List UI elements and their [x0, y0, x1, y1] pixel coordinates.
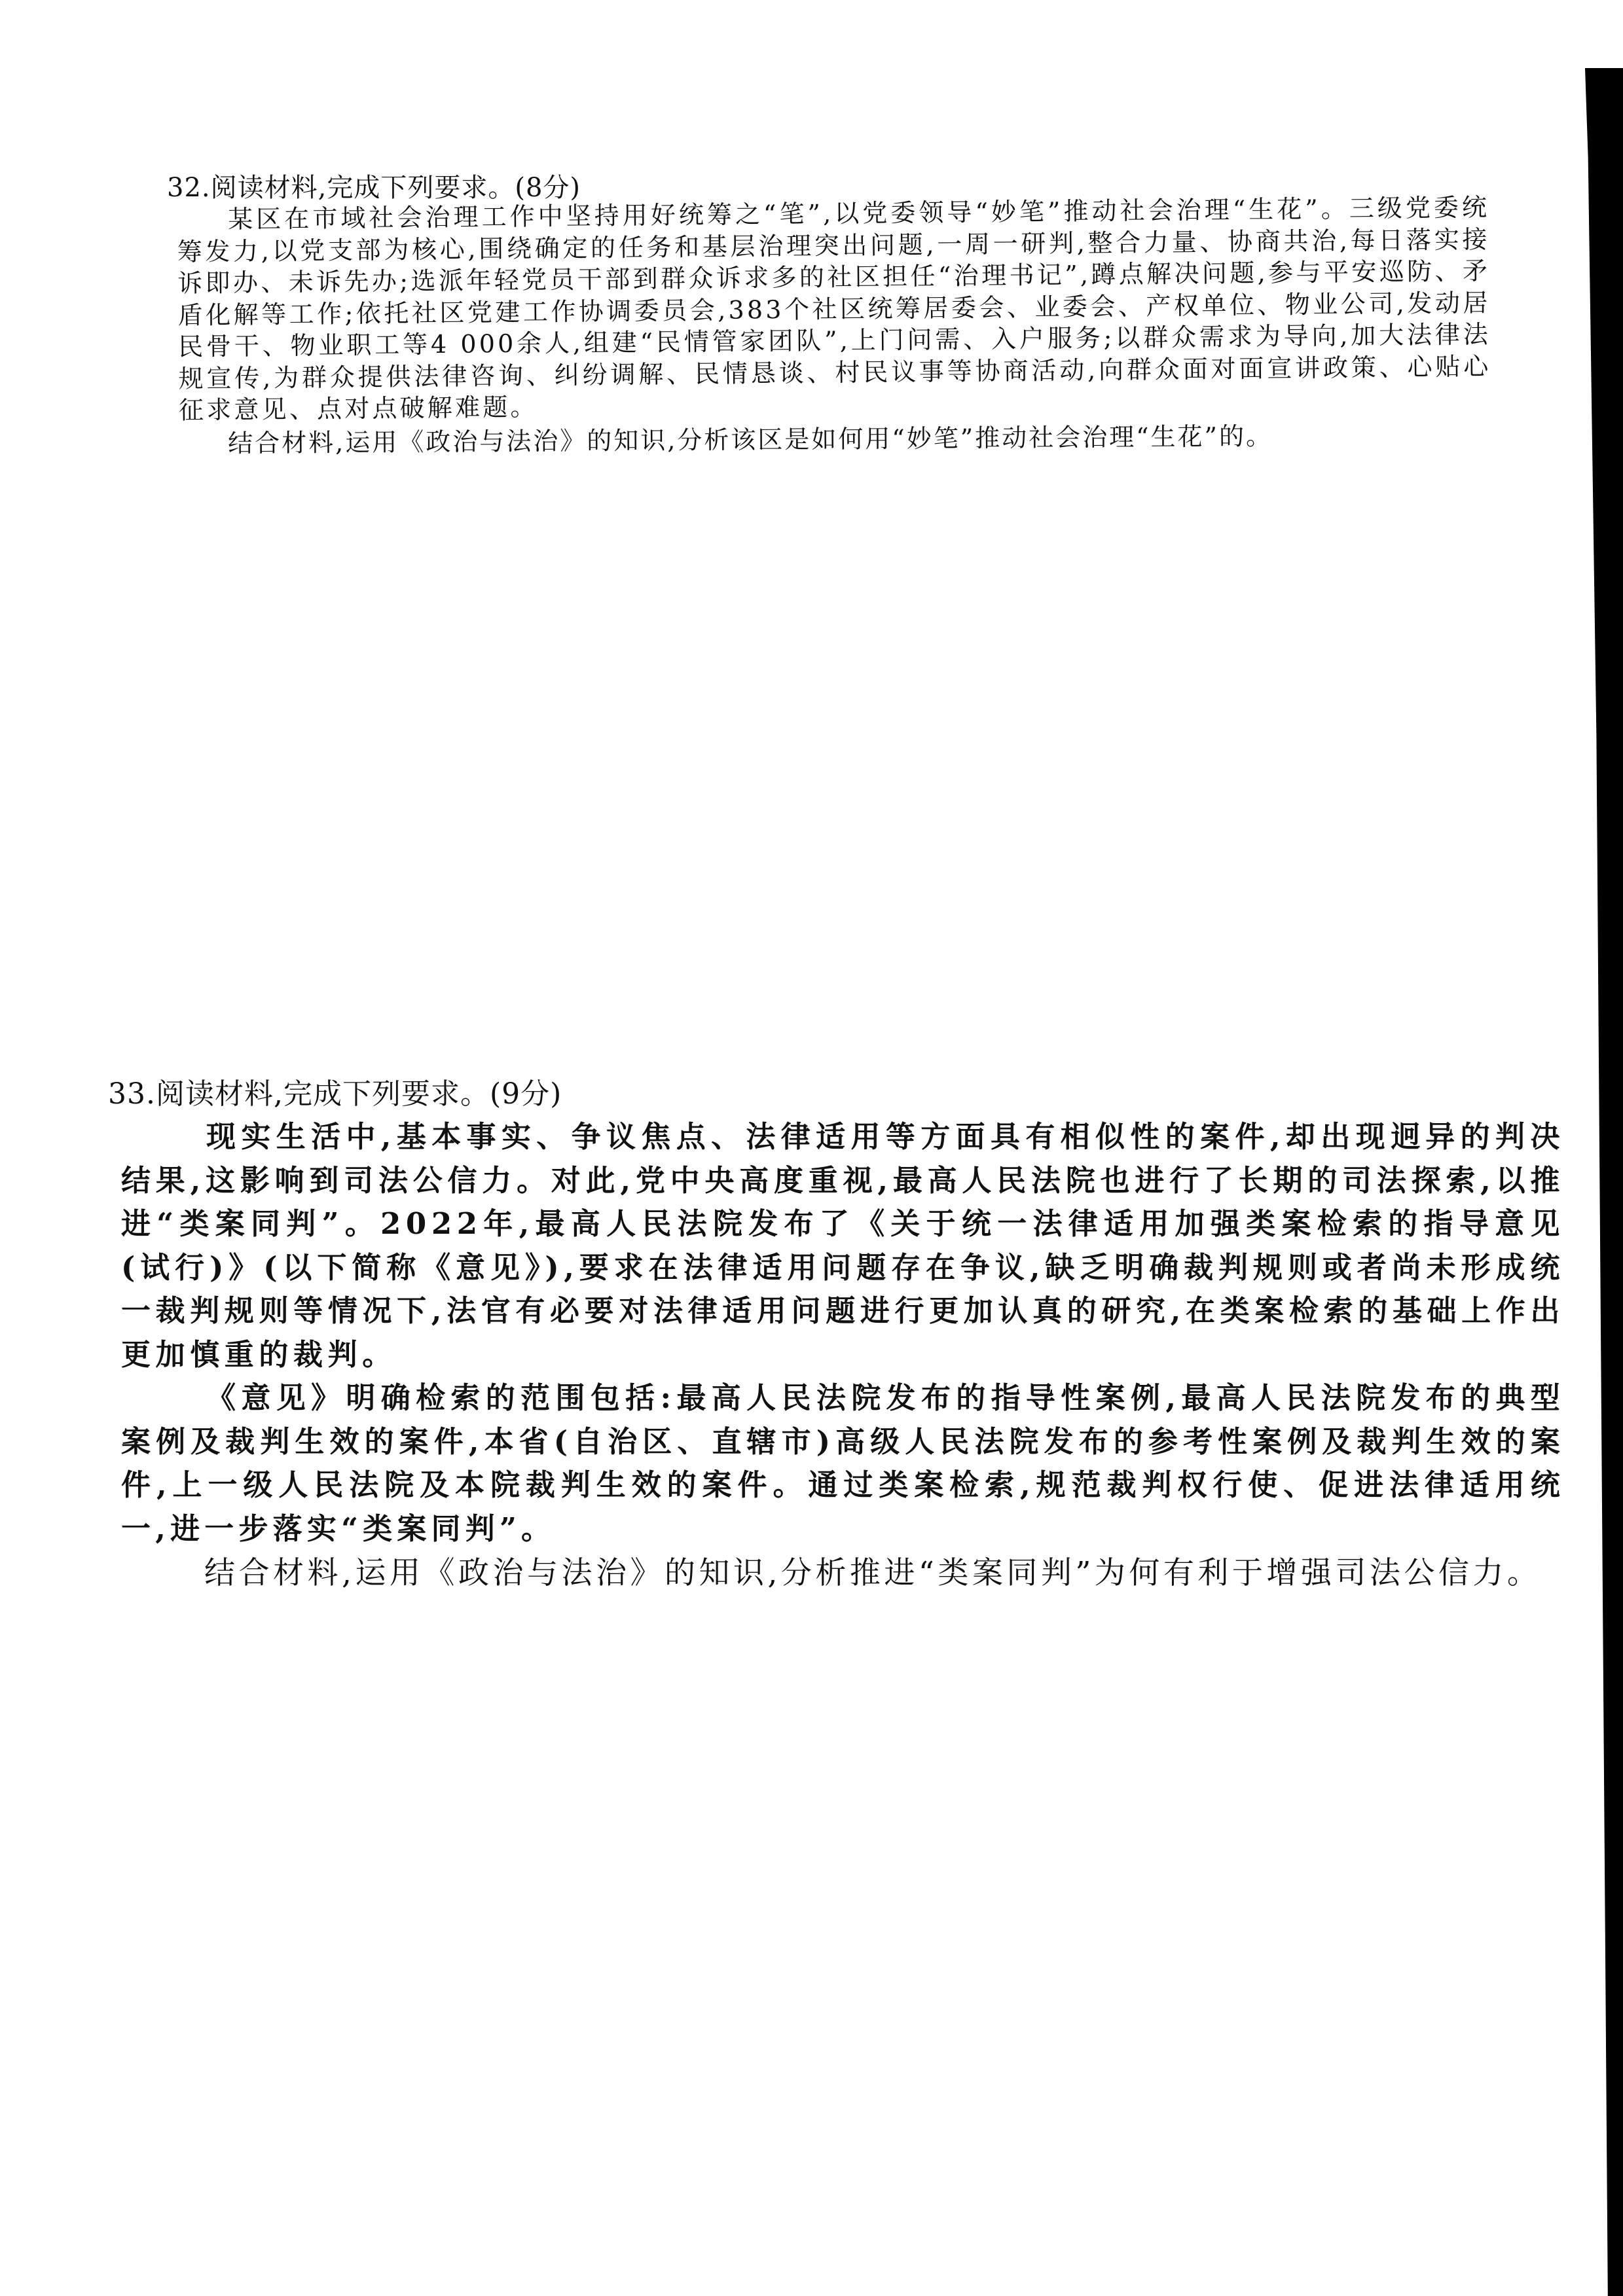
material-paragraph: 《意见》明确检索的范围包括:最高人民法院发布的指导性案例,最高人民法院发布的典型… — [108, 1376, 1565, 1551]
material-paragraph: 某区在市域社会治理工作中坚持用好统筹之“笔”,以党委领导“妙笔”推动社会治理“生… — [167, 192, 1491, 427]
question-33: 33.阅读材料,完成下列要求。(9分) 现实生活中,基本事实、争议焦点、法律适用… — [108, 1073, 1565, 1596]
question-instruction: 阅读材料,完成下列要求。(9分) — [156, 1077, 562, 1111]
question-instruction: 阅读材料,完成下列要求。(8分) — [211, 173, 581, 203]
question-number: 32. — [167, 173, 211, 203]
question-32: 32.阅读材料,完成下列要求。(8分) 某区在市域社会治理工作中坚持用好统筹之“… — [167, 171, 1489, 459]
question-prompt: 结合材料,运用《政治与法治》的知识,分析推进“类案同判”为何有利于增强司法公信力… — [108, 1551, 1565, 1596]
question-heading: 33.阅读材料,完成下列要求。(9分) — [108, 1073, 1565, 1115]
question-prompt: 结合材料,运用《政治与法治》的知识,分析该区是如何用“妙笔”推动社会治理“生花”… — [167, 418, 1489, 459]
material-paragraph: 现实生活中,基本事实、争议焦点、法律适用等方面具有相似性的案件,却出现迥异的判决… — [108, 1115, 1565, 1376]
scan-edge-artifact — [1585, 68, 1623, 2296]
question-number: 33. — [108, 1077, 156, 1111]
